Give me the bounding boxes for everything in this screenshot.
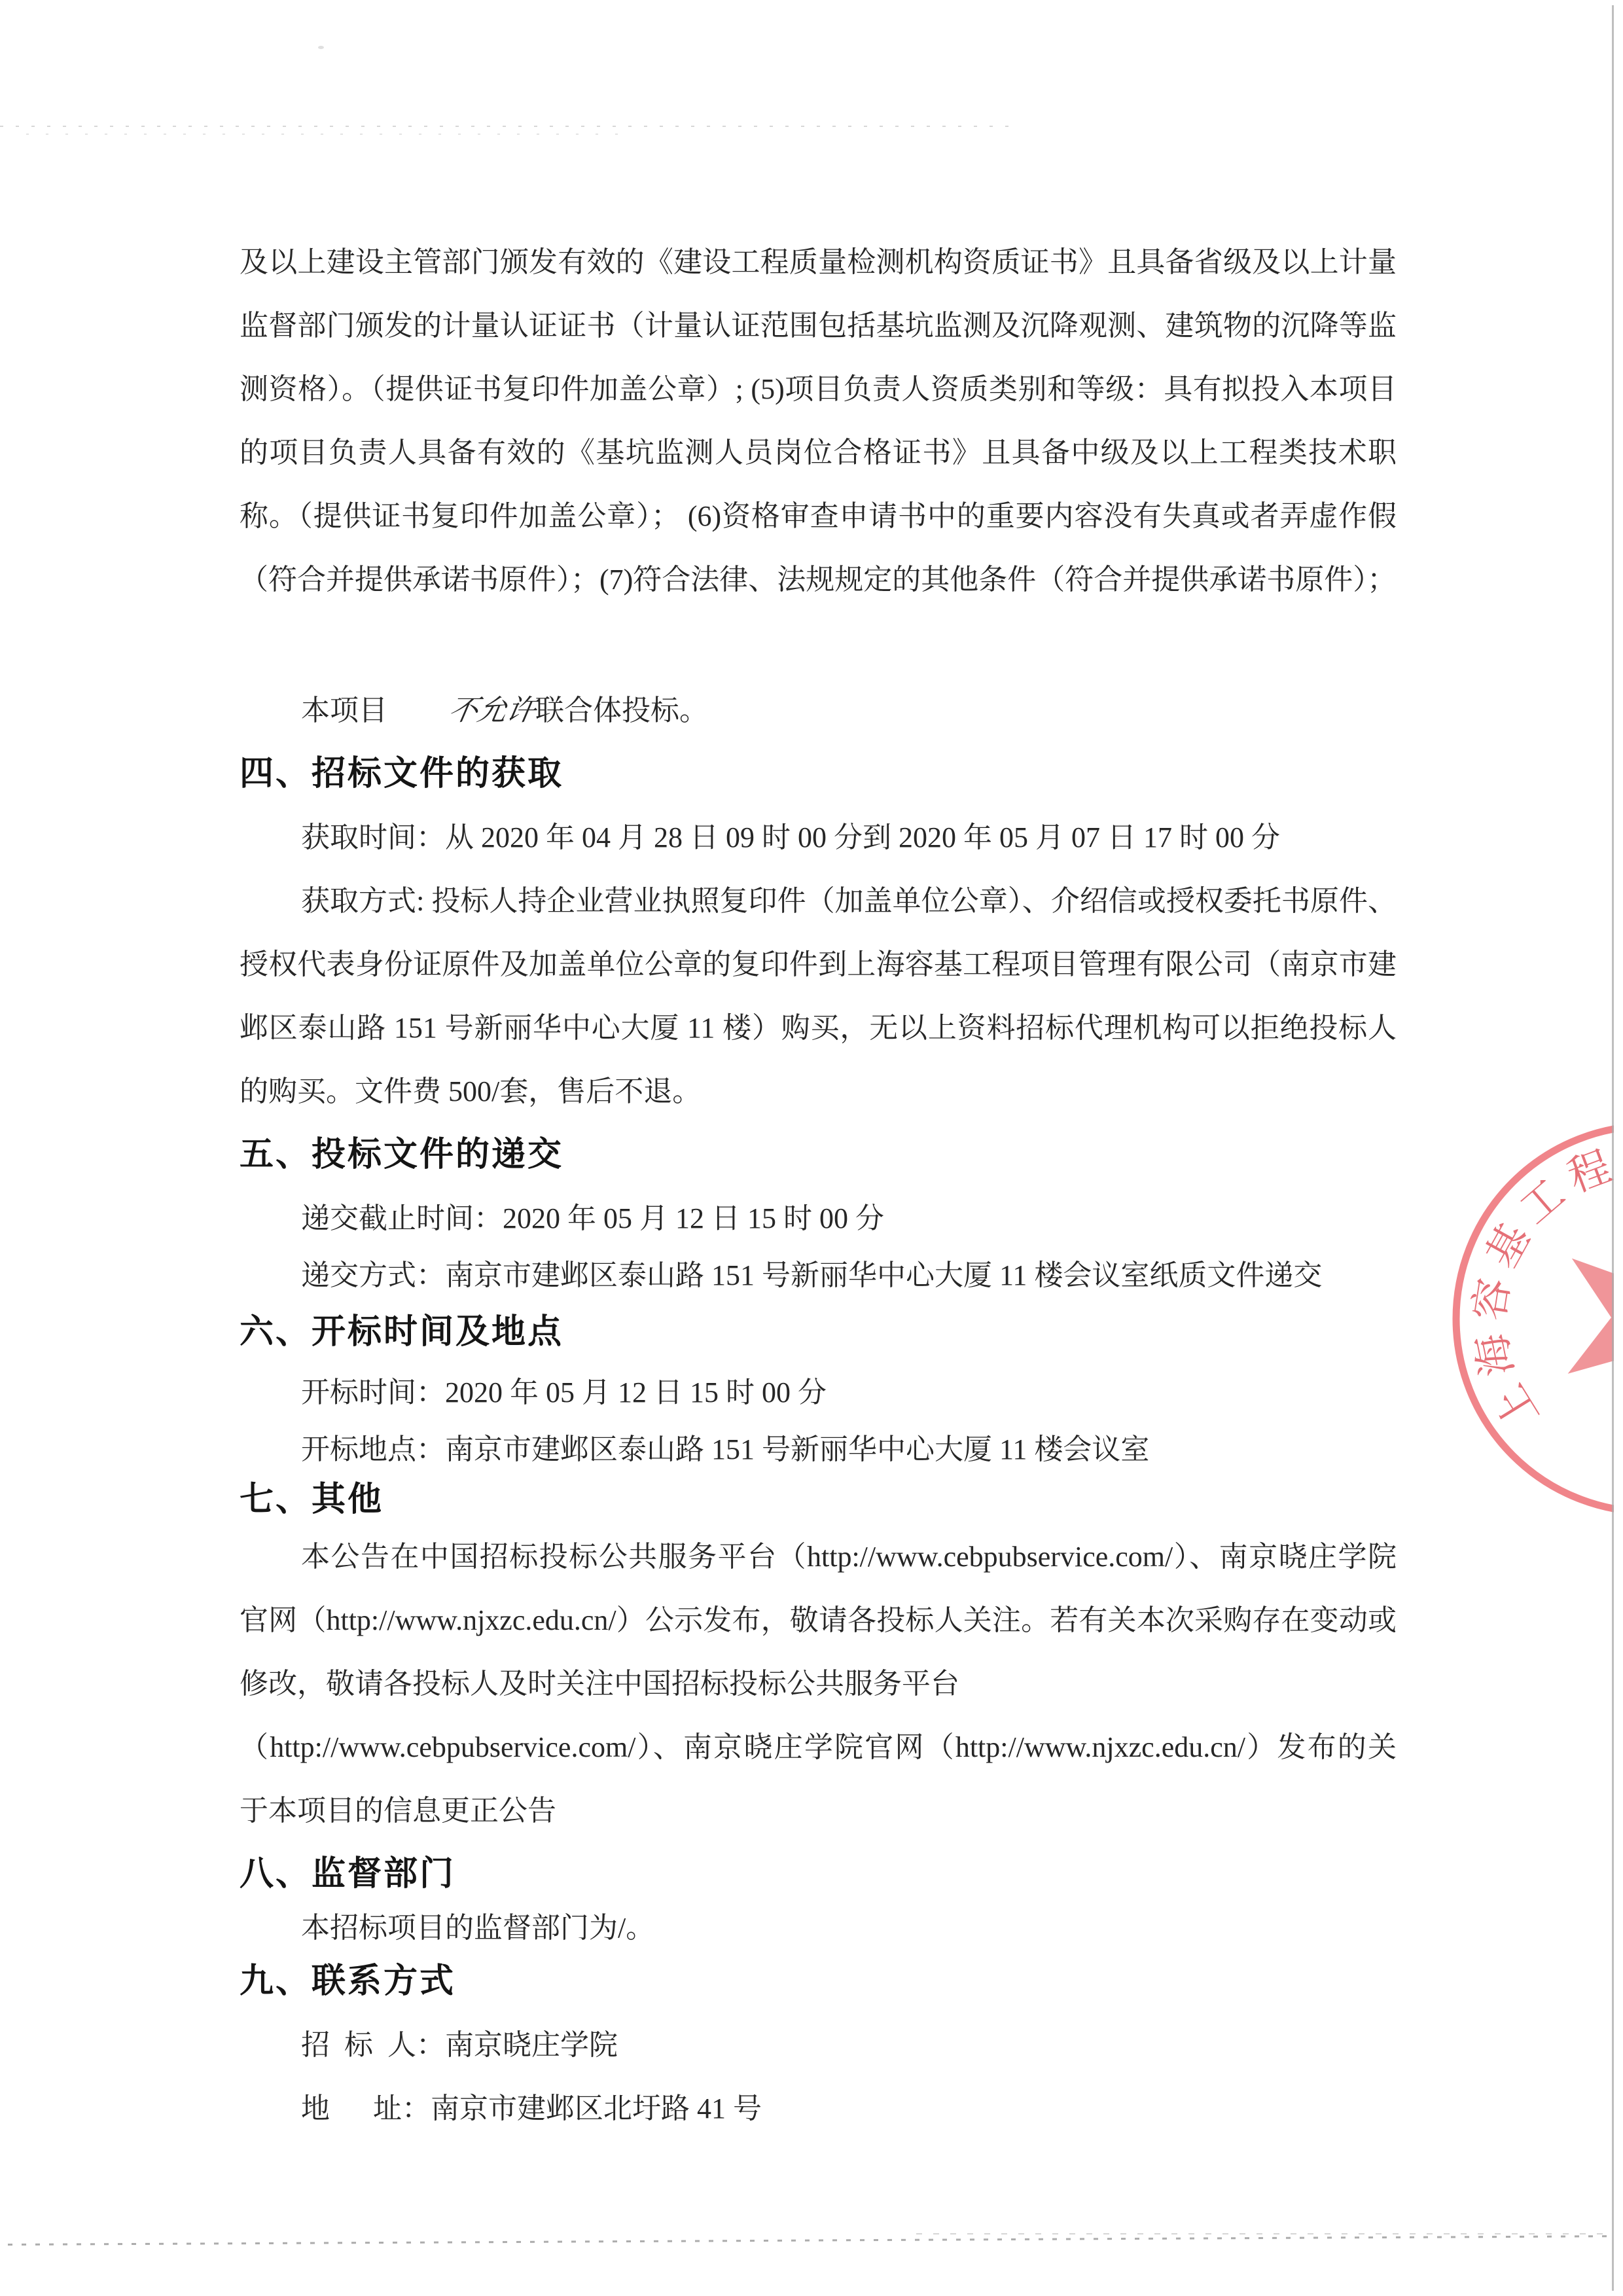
document-content: 及以上建设主管部门颁发有效的《建设工程质量检测机构资质证书》且具备省级及以上计量… [240, 230, 1397, 2140]
svg-text:上海容基工程项目: 上海容基工程项目 [1465, 1136, 1614, 1437]
seal-arc-text: 上海容基工程项目 [1465, 1136, 1614, 1437]
bidder-address-line: 地 址：南京市建邺区北圩路 41 号 [240, 2077, 1397, 2140]
obtain-method-paragraph: 获取方式: 投标人持企业营业执照复印件（加盖单位公章）、介绍信或授权委托书原件、… [240, 869, 1397, 1123]
scan-dotted-line-top-secondary [26, 134, 628, 135]
seal-star-icon [1568, 1227, 1614, 1413]
submission-method-line: 递交方式：南京市建邺区泰山路 151 号新丽华中心大厦 11 楼会议室纸质文件递… [240, 1244, 1397, 1307]
scan-dotted-line-top [0, 126, 1021, 127]
no-consortium-note: 本项目不允许联合体投标。 [240, 679, 1397, 742]
qualification-continuation-paragraph: 及以上建设主管部门颁发有效的《建设工程质量检测机构资质证书》且具备省级及以上计量… [240, 230, 1397, 611]
scanned-document-page: 及以上建设主管部门颁发有效的《建设工程质量检测机构资质证书》且具备省级及以上计量… [0, 0, 1623, 2296]
scan-edge-line [1612, 5, 1614, 2291]
section-heading-obtain-documents: 四、招标文件的获取 [240, 742, 1397, 806]
no-consortium-prefix: 本项目 [301, 694, 387, 726]
obtain-time-line: 获取时间：从 2020 年 04 月 28 日 09 时 00 分到 2020 … [240, 806, 1397, 869]
submission-deadline-line: 递交截止时间：2020 年 05 月 12 日 15 时 00 分 [240, 1187, 1397, 1250]
bidder-name-line: 招 标 人：南京晓庄学院 [240, 2013, 1397, 2077]
scan-dotted-line-bottom [8, 2235, 1613, 2246]
correction-notice-paragraph: （http://www.cebpubservice.com/）、南京晓庄学院官网… [240, 1715, 1397, 1842]
section-heading-contact: 九、联系方式 [240, 1950, 1397, 2013]
seal-ring [1456, 1126, 1614, 1512]
section-heading-bid-opening: 六、开标时间及地点 [240, 1300, 1397, 1364]
scan-dotted-line-bottom-secondary [916, 2233, 1613, 2234]
no-consortium-suffix: 联合体投标。 [535, 694, 708, 726]
no-consortium-emphasis: 不允许 [382, 679, 541, 742]
section-heading-bid-submission: 五、投标文件的递交 [240, 1123, 1397, 1187]
company-seal-stamp: 上海容基工程项目 [1440, 1106, 1614, 1532]
scan-speck [318, 46, 324, 49]
opening-time-line: 开标时间：2020 年 05 月 12 日 15 时 00 分 [240, 1361, 1397, 1424]
announcement-platform-paragraph: 本公告在中国招标投标公共服务平台（http://www.cebpubservic… [240, 1525, 1397, 1715]
